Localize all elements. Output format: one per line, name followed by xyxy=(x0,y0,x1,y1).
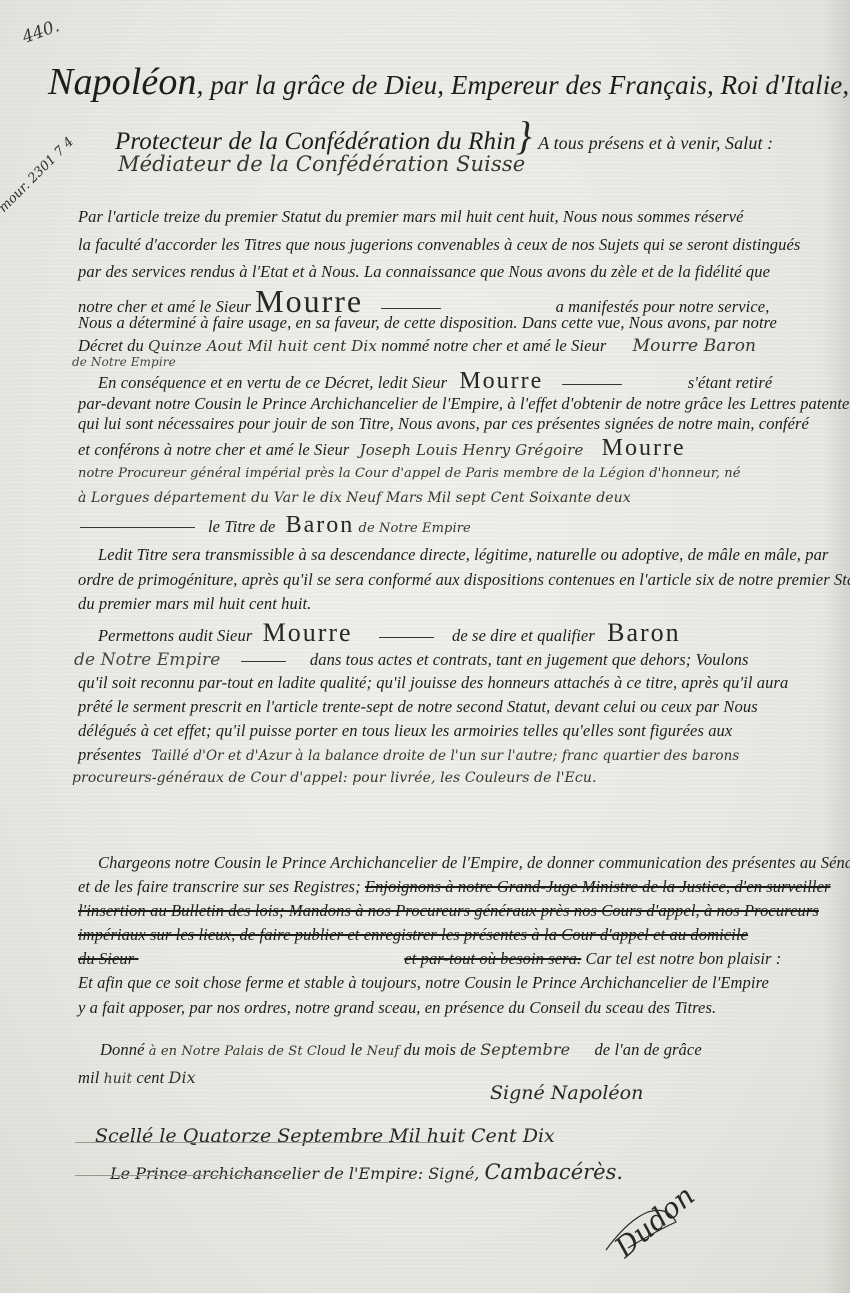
bon-plaisir: Car tel est notre bon plaisir : xyxy=(585,949,781,968)
title-baron: Baron xyxy=(286,512,355,538)
decree-prefix: Décret du xyxy=(78,336,144,355)
struck-fill xyxy=(134,949,404,969)
fill-dash xyxy=(379,637,434,638)
para4-line-2: de Notre Empire dans tous actes et contr… xyxy=(74,650,749,670)
archichancellor-line: Le Prince archichancelier de l'Empire: S… xyxy=(110,1160,623,1184)
para2-prefix: En conséquence et en vertu de ce Décret,… xyxy=(98,373,447,392)
para3-line-3: du premier mars mil huit cent huit. xyxy=(78,594,311,614)
le: le xyxy=(350,1040,362,1059)
document-page: 440. mour. 2301 7 4 Napoléon, par la grâ… xyxy=(0,0,850,1293)
para4-line-5: délégués à cet effet; qu'il puisse porte… xyxy=(78,721,732,741)
struck-text: Enjoignons à notre Grand-Juge Ministre d… xyxy=(365,877,831,896)
emperor-name: Napoléon xyxy=(48,61,197,103)
du-mois: du mois de xyxy=(403,1040,476,1059)
recipient-given-names: Joseph Louis Henry Grégoire xyxy=(360,441,584,459)
title-qualifier-handwritten: de Notre Empire xyxy=(359,521,471,536)
signature-napoleon: Signé Napoléon xyxy=(490,1082,643,1104)
para5-line-4-struck: impériaux sur les lieux, de faire publie… xyxy=(78,925,748,945)
para3-line-1: Ledit Titre sera transmissible à sa desc… xyxy=(98,545,828,565)
cent: cent xyxy=(136,1068,164,1087)
fill-dash xyxy=(241,661,286,662)
registers-text: et de les faire transcrire sur ses Regis… xyxy=(78,877,361,896)
decree-note-handwritten: de Notre Empire xyxy=(72,355,176,369)
header-line-1: Napoléon, par la grâce de Dieu, Empereur… xyxy=(48,60,849,104)
mediator-title: Médiateur de la Confédération Suisse xyxy=(118,152,525,176)
confer-prefix: et conférons à notre cher et amé le Sieu… xyxy=(78,440,349,459)
protector-title: Protecteur de la Confédération du Rhin xyxy=(115,128,516,155)
dix-handwritten: Dix xyxy=(169,1068,196,1087)
place-handwritten: à en Notre Palais de St Cloud xyxy=(149,1044,346,1059)
decree-date-handwritten: Quinze Aout Mil huit cent Dix xyxy=(148,337,377,355)
para5-line-3-struck: l'insertion au Bulletin des lois; Mandon… xyxy=(78,901,819,921)
para2-suffix: s'étant retiré xyxy=(688,373,773,392)
para1-line-5: Nous a déterminé à faire usage, en sa fa… xyxy=(78,313,777,333)
para5-line-2: et de les faire transcrire sur ses Regis… xyxy=(78,877,831,897)
title-prefix: le Titre de xyxy=(208,517,275,536)
para4-line-3: qu'il soit reconnu par-tout en ladite qu… xyxy=(78,673,788,693)
decree-line: Décret du Quinze Aout Mil huit cent Dix … xyxy=(78,336,756,356)
struck-partout: et par-tout où besoin sera. xyxy=(404,949,581,968)
permit-middle: de se dire et qualifier xyxy=(452,626,595,645)
fill-dash xyxy=(381,308,441,309)
recipient-birth-handwritten: à Lorgues département du Var le dix Neuf… xyxy=(78,490,631,506)
qualifier-handwritten: de Notre Empire xyxy=(74,650,220,670)
para2-line-7: le Titre de Baron de Notre Empire xyxy=(208,512,471,539)
recipient-name-2: Mourre xyxy=(459,368,543,394)
para2-line-4: et conférons à notre cher et amé le Sieu… xyxy=(78,435,686,462)
month-handwritten: Septembre xyxy=(480,1040,570,1059)
sealed-rule xyxy=(75,1142,455,1143)
title-baron-2: Baron xyxy=(607,618,681,647)
fill-rule xyxy=(80,527,195,528)
para5-line-7: y a fait apposer, par nos ordres, notre … xyxy=(78,998,716,1018)
para4-line-1: Permettons audit Sieur Mourre de se dire… xyxy=(98,618,681,648)
donne: Donné xyxy=(100,1040,145,1059)
para5-line-6: Et afin que ce soit chose ferme et stabl… xyxy=(78,973,769,993)
para3-line-2: ordre de primogéniture, après qu'il se s… xyxy=(78,570,850,590)
para2-line-2: par-devant notre Cousin le Prince Archic… xyxy=(78,394,850,414)
recipient-surname: Mourre xyxy=(602,435,686,461)
signature-cambaceres: Cambacérès. xyxy=(484,1160,623,1184)
margin-annotation: mour. 2301 7 4 xyxy=(0,135,77,216)
mil: mil xyxy=(78,1068,99,1087)
para4-text: dans tous actes et contrats, tant en jug… xyxy=(310,650,749,669)
para1-line-1: Par l'article treize du premier Statut d… xyxy=(78,207,744,227)
folio-number: 440. xyxy=(20,16,62,48)
para2-line-3: qui lui sont nécessaires pour jouir de s… xyxy=(78,414,809,434)
closing-line-1: Donné à en Notre Palais de St Cloud le N… xyxy=(100,1040,702,1060)
para5-line-1: Chargeons notre Cousin le Prince Archich… xyxy=(98,853,850,873)
recipient-office-handwritten: notre Procureur général impérial près la… xyxy=(78,466,741,481)
archichancellor-rule xyxy=(75,1175,285,1176)
header-line-3: Médiateur de la Confédération Suisse xyxy=(118,152,525,176)
para2-line-1: En conséquence et en vertu de ce Décret,… xyxy=(98,368,772,395)
livery-handwritten: procureurs-généraux de Cour d'appel: pou… xyxy=(72,770,597,786)
paraph-flourish-icon xyxy=(598,1190,678,1260)
closing-line-2: mil huit cent Dix xyxy=(78,1068,196,1088)
fill-dash xyxy=(562,384,622,385)
para1-line-3: par des services rendus à l'Etat et à No… xyxy=(78,262,770,282)
archichancellor-text: Le Prince archichancelier de l'Empire: S… xyxy=(110,1164,479,1183)
day-handwritten: Neuf xyxy=(367,1044,400,1059)
an-de-grace: de l'an de grâce xyxy=(594,1040,701,1059)
arms-prefix: présentes xyxy=(78,745,141,764)
para4-line-6: présentes Taillé d'Or et d'Azur à la bal… xyxy=(78,745,739,765)
header-titles: , par la grâce de Dieu, Empereur des Fra… xyxy=(197,70,850,100)
decree-middle: nommé notre cher et amé le Sieur xyxy=(381,336,606,355)
salutation: A tous présens et à venir, Salut : xyxy=(538,133,773,153)
struck-sieur: du Sieur xyxy=(78,949,134,968)
permit-prefix: Permettons audit Sieur xyxy=(98,626,252,645)
arms-blazon-handwritten: Taillé d'Or et d'Azur à la balance droit… xyxy=(151,748,739,764)
recipient-name-3: Mourre xyxy=(263,618,353,647)
sealed-line: Scellé le Quatorze Septembre Mil huit Ce… xyxy=(95,1125,555,1147)
huit-handwritten: huit xyxy=(104,1071,133,1087)
decree-name-handwritten: Mourre Baron xyxy=(633,336,756,356)
para4-line-4: prêté le serment prescrit en l'article t… xyxy=(78,697,758,717)
para1-line-2: la faculté d'accorder les Titres que nou… xyxy=(78,235,800,255)
para5-line-5: du Sieur et par-tout où besoin sera. Car… xyxy=(78,949,781,969)
